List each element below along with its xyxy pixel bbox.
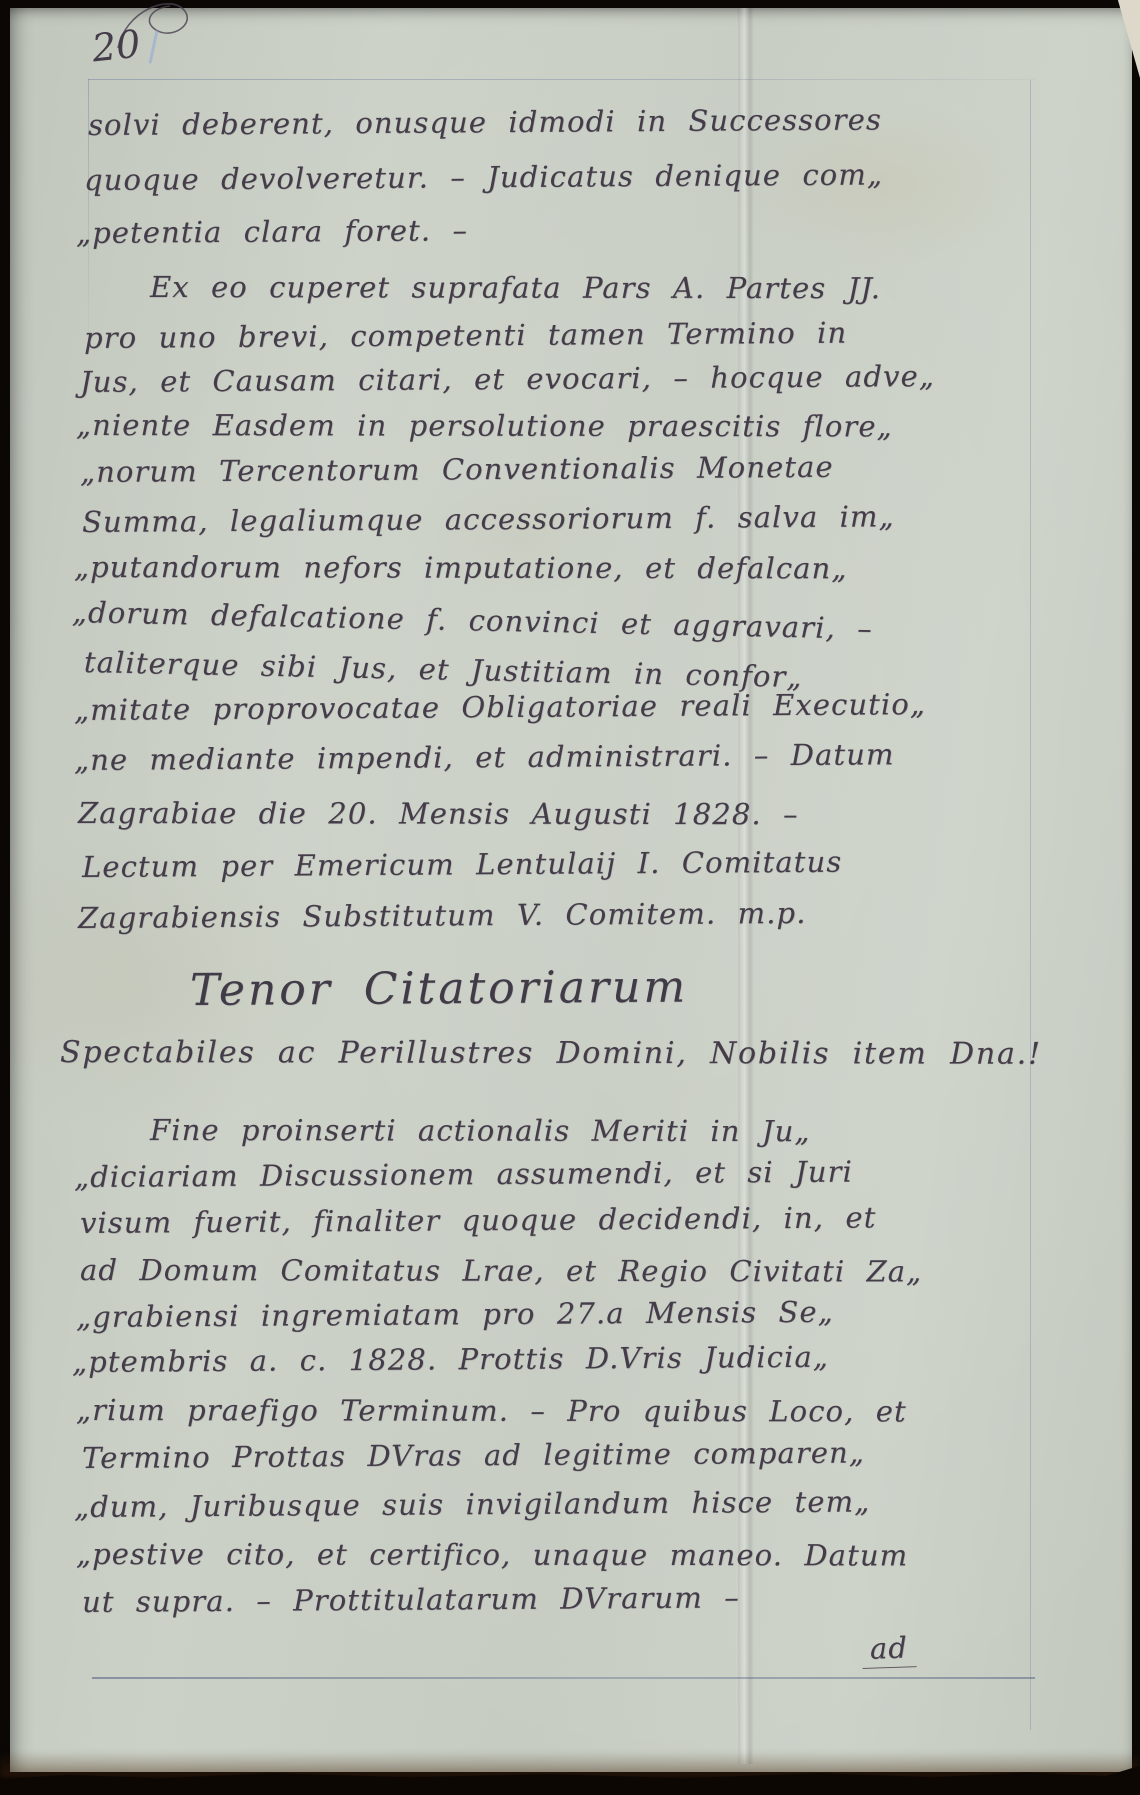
manuscript-line: Summa, legaliumque accessoriorum f. salv… bbox=[82, 499, 895, 539]
manuscript-line: „ptembris a. c. 1828. Prottis D.Vris Jud… bbox=[72, 1340, 829, 1379]
manuscript-line: „dorum defalcatione f. convinci et aggra… bbox=[72, 595, 873, 646]
manuscript-line: „niente Easdem in persolutione praesciti… bbox=[76, 408, 893, 443]
manuscript-line: taliterque sibi Jus, et Justitiam in con… bbox=[84, 645, 803, 694]
manuscript-line: visum fuerit, finaliter quoque decidendi… bbox=[80, 1200, 877, 1240]
manuscript-line: quoque devolveretur. – Judicatus denique… bbox=[84, 157, 883, 197]
manuscript-line: Termino Prottas DVras ad legitime compar… bbox=[82, 1436, 865, 1475]
manuscript-line: Ex eo cuperet suprafata Pars A. Partes J… bbox=[150, 270, 881, 305]
section-heading: Tenor Citatoriarum bbox=[190, 962, 688, 1016]
manuscript-line: Zagrabiae die 20. Mensis Augusti 1828. – bbox=[78, 796, 799, 831]
manuscript-line: Lectum per Emericum Lentulaij I. Comitat… bbox=[82, 845, 843, 884]
manuscript-line: Zagrabiensis Substitutum V. Comitem. m.p… bbox=[78, 896, 807, 935]
manuscript-line: „diciariam Discussionem assumendi, et si… bbox=[74, 1155, 853, 1194]
manuscript-line: „putandorum nefors imputatione, et defal… bbox=[74, 550, 848, 585]
manuscript-line: Jus, et Causam citari, et evocari, – hoc… bbox=[80, 359, 935, 399]
catchword: ad bbox=[861, 1630, 916, 1669]
manuscript-line: solvi deberent, onusque idmodi in Succes… bbox=[88, 102, 882, 142]
salutation-line: Spectabiles ac Perillustres Domini, Nobi… bbox=[60, 1035, 1042, 1072]
manuscript-line: ut supra. – Prottitulatarum DVrarum – bbox=[82, 1580, 740, 1619]
manuscript-line: ad Domum Comitatus Lrae, et Regio Civita… bbox=[80, 1253, 922, 1288]
manuscript-line: „dum, Juribusque suis invigilandum hisce… bbox=[74, 1484, 870, 1524]
manuscript-line: pro uno brevi, competenti tamen Termino … bbox=[84, 316, 848, 355]
manuscript-line: „grabiensi ingremiatam pro 27.a Mensis S… bbox=[76, 1295, 834, 1334]
manuscript-line: Fine proinserti actionalis Meriti in Ju„ bbox=[150, 1113, 811, 1148]
manuscript-line: „petentia clara foret. – bbox=[76, 213, 468, 250]
manuscript-line: „rium praefigo Terminum. – Pro quibus Lo… bbox=[76, 1393, 907, 1428]
scan-edge-shadow bbox=[0, 1751, 1140, 1777]
manuscript-line: „mitate proprovocatae Obligatoriae reali… bbox=[74, 687, 926, 727]
manuscript-line: „ne mediante impendi, et administrari. –… bbox=[74, 737, 895, 777]
handwritten-text-block: solvi deberent, onusque idmodi in Succes… bbox=[0, 0, 1140, 1795]
manuscript-line: „norum Tercentorum Conventionalis Moneta… bbox=[80, 450, 834, 489]
scanned-manuscript-page: 20 solvi deberent, onusque idmodi in Suc… bbox=[0, 0, 1140, 1795]
manuscript-line: „pestive cito, et certifico, unaque mane… bbox=[76, 1537, 908, 1572]
